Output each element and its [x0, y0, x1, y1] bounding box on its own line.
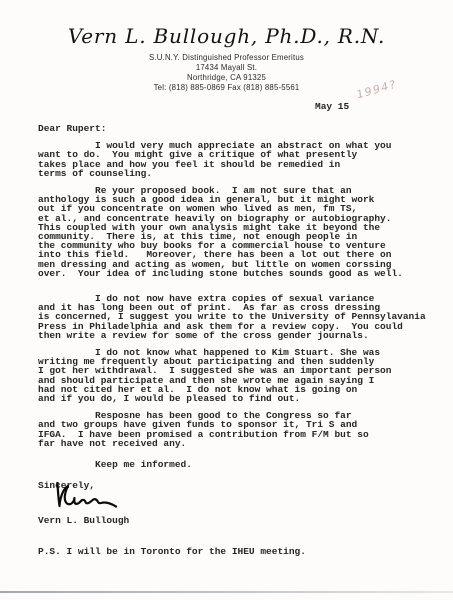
body-paragraph: Re your proposed book. I am not sure tha… [38, 186, 448, 278]
handwritten-signature: Vern [43, 482, 125, 512]
letter-page: Vern L. Bullough, Ph.D., R.N. S.U.N.Y. D… [0, 0, 453, 600]
postscript: P.S. I will be in Toronto for the IHEU m… [38, 547, 448, 556]
closing-block: Sincerely, Vern Vern L. Bullough [38, 481, 448, 537]
body-paragraph: I would very much appreciate an abstract… [38, 141, 448, 178]
letter-body: Dear Rupert: I would very much appreciat… [38, 124, 448, 557]
letterhead-title-line: S.U.N.Y. Distinguished Professor Emeritu… [0, 53, 453, 63]
scan-edge-line [0, 591, 453, 593]
letterhead-street-line: 17434 Mayall St. [0, 63, 453, 73]
keep-informed-line: Keep me informed. [38, 460, 448, 469]
body-paragraph: I do not know what happened to Kim Stuar… [38, 348, 448, 403]
body-paragraph: I do not now have extra copies of sexual… [38, 294, 448, 340]
typed-signature-name: Vern L. Bullough [38, 516, 129, 525]
body-paragraph: Resposne has been good to the Congress s… [38, 411, 448, 448]
letterhead-name: Vern L. Bullough, Ph.D., R.N. [0, 24, 453, 48]
date-line: May 15 [315, 101, 349, 112]
salutation: Dear Rupert: [38, 124, 448, 133]
